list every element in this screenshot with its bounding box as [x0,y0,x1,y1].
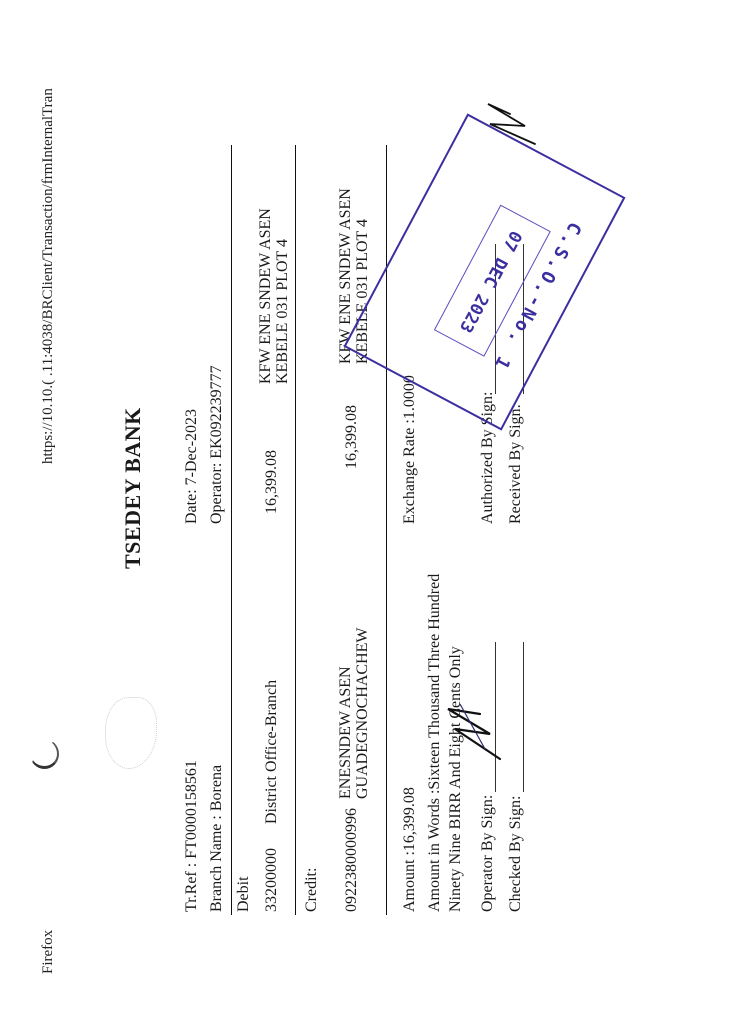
debit-account-number: 33200000 [262,848,281,912]
bank-logo-icon [105,697,157,769]
debit-amount: 16,399.08 [262,450,281,514]
transaction-reference: Tr.Ref : FT0000158561 [182,760,201,912]
checked-sign-line [523,642,524,792]
credit-label: Credit: [302,868,321,912]
debit-account-name: District Office-Branch [262,680,281,824]
printed-transaction-voucher: Firefox https://10.10.( .11:4038/BRClien… [0,0,729,1024]
scan-artifact-icon [30,739,59,769]
amount-total: Amount :16,399.08 [400,787,419,912]
amount-in-words-line2: Ninety Nine BIRR And Eight Cents Only [446,646,465,912]
exchange-rate: Exchange Rate :1.0000 [400,375,419,524]
stamp-initials-icon [480,84,550,154]
bank-title: TSEDEY BANK [120,407,146,569]
received-sign-label: Received By Sign: [506,404,525,524]
page-url: https://10.10.( .11:4038/BRClient/Transa… [40,88,57,464]
divider-middle [295,145,296,915]
credit-account-number: 0922380000996 [342,808,361,912]
credit-account-name-line2: GUADEGNOCHACHEW [353,627,372,799]
divider-top [231,145,232,915]
debit-label: Debit [234,876,253,912]
operator-id: Operator: EK092239777 [207,365,226,524]
divider-bottom [386,145,387,915]
branch-name: Branch Name : Borena [207,765,226,912]
checked-sign-label: Checked By Sign: [506,796,525,912]
browser-name: Firefox [40,930,57,974]
debit-narrative-line2: KEBELE 031 PLOT 4 [273,239,292,384]
credit-amount: 16,399.08 [342,405,361,469]
handwritten-signature-icon [440,689,510,769]
transaction-date: Date: 7-Dec-2023 [182,409,201,524]
operator-sign-label: Operator By Sign: [478,795,497,912]
